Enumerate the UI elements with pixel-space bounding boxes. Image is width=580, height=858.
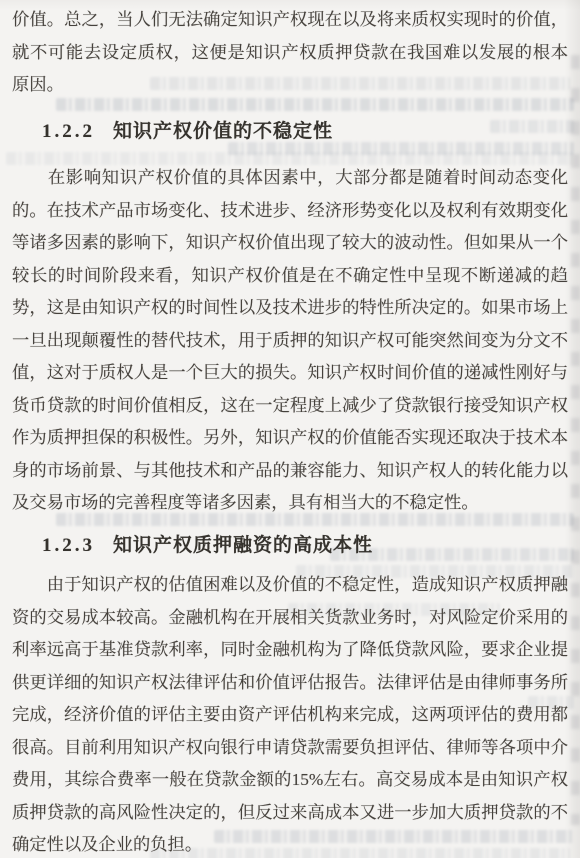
text-line: 由于知识产权的估值困难以及价值的不稳定性，造成知识产权质押融 [12, 569, 568, 602]
text-line: 很高。目前利用知识产权向银行申请贷款需要负担评估、律师等各项中介 [12, 732, 568, 765]
text-line: 货币贷款的时间价值相反，这在一定程度上减少了贷款银行接受知识产权 [12, 390, 568, 423]
text-line: 值，这对于质权人是一个巨大的损失。知识产权时间价值的递减性刚好与 [12, 357, 568, 390]
text-line: 质押贷款的高风险性决定的，但反过来高成本又进一步加大质押贷款的不 [12, 797, 568, 830]
text-line: 资的交易成本较高。金融机构在开展相关货款业务时，对风险定价采用的 [12, 602, 568, 635]
paragraph-high-cost: 由于知识产权的估值困难以及价值的不稳定性，造成知识产权质押融资的交易成本较高。金… [12, 569, 568, 858]
text-line: 一旦出现颠覆性的替代技术，用于质押的知识产权可能突然间变为分文不 [12, 325, 568, 358]
section-number: 1.2.2 [42, 121, 95, 142]
paragraph-value-instability: 在影响知识产权价值的具体因素中，大部分都是随着时间动态变化的。在技术产品市场变化… [12, 162, 568, 520]
text-line: 确定性以及企业的负担。 [12, 829, 568, 858]
section-heading-1-2-2: 1.2.2知识产权价值的不稳定性 [42, 120, 333, 143]
text-column: 价值。总之，当人们无法确定知识产权现在以及将来质权实现时的价值，就不可能去设定质… [12, 0, 568, 858]
scan-edge-artifact [571, 55, 580, 825]
section-title: 知识产权价值的不稳定性 [113, 121, 333, 142]
text-line: 供更详细的知识产权法律评估和价值评估报告。法律评估是由律师事务所 [12, 667, 568, 700]
book-page: 价值。总之，当人们无法确定知识产权现在以及将来质权实现时的价值，就不可能去设定质… [0, 0, 580, 858]
text-line: 作为质押担保的积极性。另外，知识产权的价值能否实现还取决于技术本 [12, 422, 568, 455]
text-line: 在影响知识产权价值的具体因素中，大部分都是随着时间动态变化 [12, 162, 568, 195]
section-title: 知识产权质押融资的高成本性 [113, 535, 373, 556]
text-line: 的。在技术产品市场变化、技术进步、经济形势变化以及权利有效期变化 [12, 195, 568, 228]
text-line: 利率远高于基准贷款利率，同时金融机构为了降低贷款风险，要求企业提 [12, 634, 568, 667]
text-line: 较长的时间阶段来看，知识产权价值是在不确定性中呈现不断递减的趋 [12, 260, 568, 293]
section-number: 1.2.3 [42, 535, 95, 556]
text-line: 价值。总之，当人们无法确定知识产权现在以及将来质权实现时的价值， [12, 4, 568, 37]
text-line: 原因。 [12, 69, 568, 102]
text-line: 费用，其综合费率一般在贷款金额的15%左右。高交易成本是由知识产权 [12, 764, 568, 797]
text-line: 就不可能去设定质权，这便是知识产权质押贷款在我国难以发展的根本 [12, 37, 568, 70]
paragraph-conclusion: 价值。总之，当人们无法确定知识产权现在以及将来质权实现时的价值，就不可能去设定质… [12, 4, 568, 102]
text-line: 身的市场前景、与其他技术和产品的兼容能力、知识产权人的转化能力以 [12, 455, 568, 488]
section-heading-1-2-3: 1.2.3知识产权质押融资的高成本性 [42, 534, 373, 557]
text-line: 等诸多因素的影响下，知识产权价值出现了较大的波动性。但如果从一个 [12, 227, 568, 260]
text-line: 完成，经济价值的评估主要由资产评估机构来完成，这两项评估的费用都 [12, 699, 568, 732]
text-line: 势，这是由知识产权的时间性以及技术进步的特性所决定的。如果市场上 [12, 292, 568, 325]
text-line: 及交易市场的完善程度等诸多因素，具有相当大的不稳定性。 [12, 487, 568, 520]
